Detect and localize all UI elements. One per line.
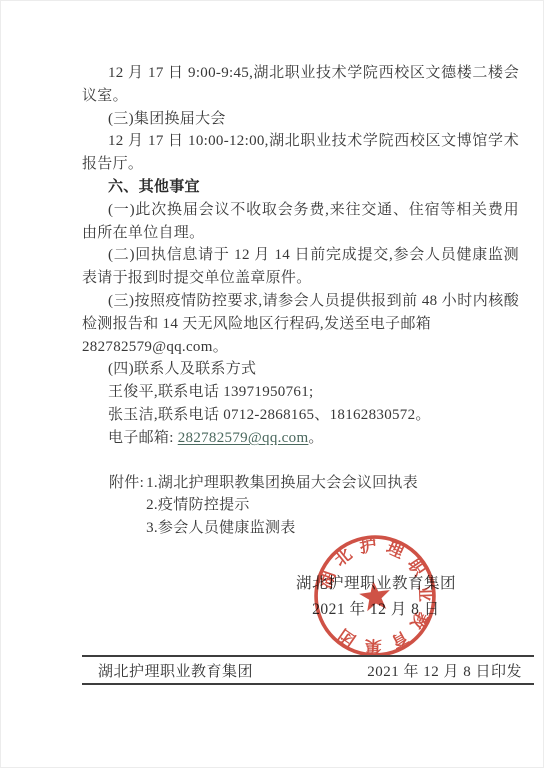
paragraph-item2-receipt: (二)回执信息请于 12 月 14 日前完成提交,参会人员健康监测表请于报到时提… [82,244,519,290]
colophon-footer: 湖北护理职业教育集团 2021 年 12 月 8 日印发 [82,655,534,685]
colophon-print-date: 2021 年 12 月 8 日印发 [367,660,522,681]
paragraph-meeting2-time: 12 月 17 日 10:00-12:00,湖北职业技术学院西校区文博馆学术报告… [82,130,519,176]
signature-block: 湖北护理职业教育集团 2021 年 12 月 8 日 [288,571,464,622]
paragraph-email: 电子邮箱: 282782579@qq.com。 [82,427,519,450]
paragraph-item4-contacts: (四)联系人及联系方式 [82,358,519,381]
paragraph-item3-text: (三)按照疫情防控要求,请参会人员提供报到前 48 小时内核酸检测报告和 14 … [82,293,519,332]
scanned-document-page: { "page": { "background": "#ffffff", "te… [0,0,544,768]
paragraph-item1-fees: (一)此次换届会议不收取会务费,来往交通、住宿等相关费用由所在单位自理。 [82,199,519,245]
attachments-block: 附件: 1.湖北护理职教集团换届大会会议回执表 2.疫情防控提示 3.参会人员健… [82,472,519,540]
attachment-item-2: 2.疫情防控提示 [146,494,519,517]
paragraph-item3-covid: (三)按照疫情防控要求,请参会人员提供报到前 48 小时内核酸检测报告和 14 … [82,290,519,358]
paragraph-meeting1-time: 12 月 17 日 9:00-9:45,湖北职业技术学院西校区文德楼二楼会议室。 [82,62,519,108]
email-link[interactable]: 282782579@qq.com [178,430,309,446]
email-suffix: 。 [308,430,323,446]
paragraph-section3-title: (三)集团换届大会 [82,108,519,131]
paragraph-contact-wangjunping: 王俊平,联系电话 13971950761; [82,381,519,404]
colophon-issuer: 湖北护理职业教育集团 [98,660,253,681]
signature-date: 2021 年 12 月 8 日 [288,597,464,623]
email-label: 电子邮箱: [108,430,178,446]
attachments-label: 附件: [109,472,144,540]
attachments-list: 1.湖北护理职教集团换届大会会议回执表 2.疫情防控提示 3.参会人员健康监测表 [144,472,519,540]
paragraph-contact-zhangyujie: 张玉洁,联系电话 0712-2868165、18162830572。 [82,404,519,427]
document-body-text: 12 月 17 日 9:00-9:45,湖北职业技术学院西校区文德楼二楼会议室。… [82,0,519,540]
attachment-item-3: 3.参会人员健康监测表 [146,517,519,540]
attachment-item-1: 1.湖北护理职教集团换届大会会议回执表 [146,472,519,495]
item3-email-address: 282782579@qq.com。 [82,336,519,359]
signature-org-name: 湖北护理职业教育集团 [288,571,464,597]
heading-other-matters: 六、其他事宜 [82,176,519,199]
